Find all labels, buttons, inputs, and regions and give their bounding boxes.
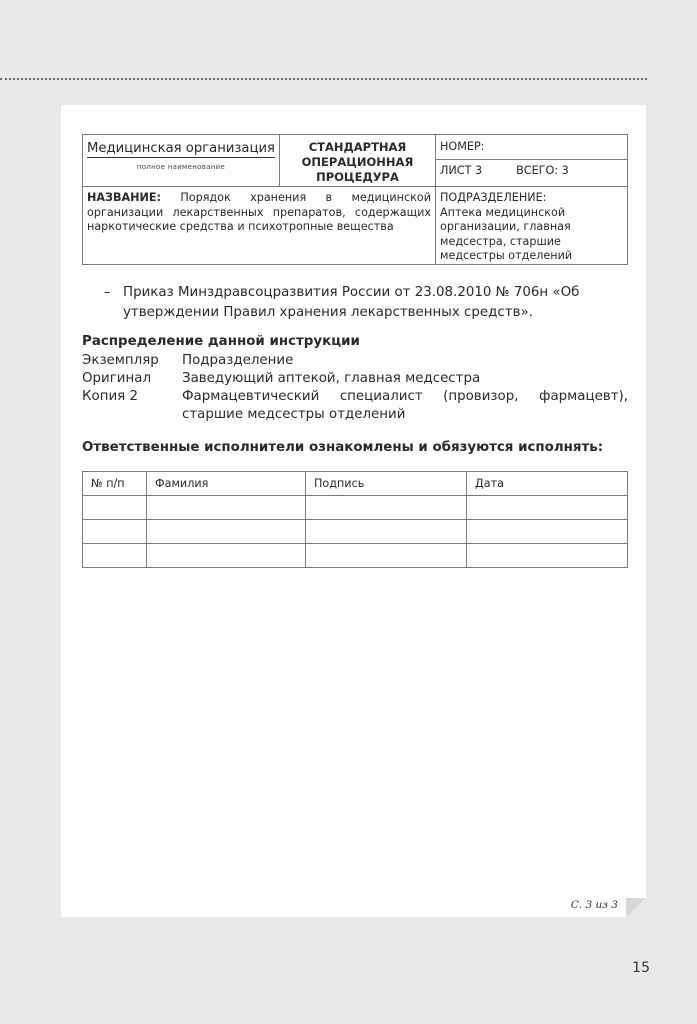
col-surname: Фамилия	[147, 472, 306, 496]
cell-date[interactable]	[467, 544, 628, 568]
responsible-title: Ответственные исполнители ознакомлены и …	[82, 440, 603, 455]
cell-number[interactable]	[83, 544, 147, 568]
org-subtitle: полное наименование	[83, 161, 279, 174]
cell-date[interactable]	[467, 496, 628, 520]
cell-number[interactable]	[83, 496, 147, 520]
table-header-row: № п/п Фамилия Подпись Дата	[83, 472, 628, 496]
cell-date[interactable]	[467, 520, 628, 544]
org-name: Медицинская организация	[87, 141, 275, 158]
distribution-list: Экземпляр Подразделение Оригинал Заведую…	[82, 352, 628, 424]
total-label: ВСЕГО: 3	[516, 164, 569, 177]
distribution-row: Экземпляр Подразделение	[82, 352, 628, 370]
table-row	[83, 496, 628, 520]
page-number: 15	[620, 960, 650, 976]
procedure-title-cell: НАЗВАНИЕ: Порядок хранения в медицинской…	[83, 187, 436, 265]
number-label: НОМЕР:	[440, 140, 484, 153]
cell-surname[interactable]	[147, 544, 306, 568]
cell-signature[interactable]	[306, 544, 467, 568]
reference-text: Приказ Минздравсоцразвития России от 23.…	[104, 283, 628, 323]
dept-label: ПОДРАЗДЕЛЕНИЕ:	[440, 191, 623, 206]
sheet-cell: ЛИСТ 3ВСЕГО: 3	[436, 160, 628, 187]
distribution-title: Распределение данной инструкции	[82, 334, 360, 349]
department-cell: ПОДРАЗДЕЛЕНИЕ: Аптека медицинской органи…	[436, 187, 628, 265]
folded-corner-icon	[626, 898, 646, 917]
cell-number[interactable]	[83, 520, 147, 544]
org-cell: Медицинская организация полное наименова…	[83, 135, 280, 187]
distribution-row: Оригинал Заведующий аптекой, главная мед…	[82, 370, 628, 388]
cell-surname[interactable]	[147, 496, 306, 520]
sheet-label: ЛИСТ 3	[440, 164, 482, 177]
copy-dept: Фармацевтический специалист (провизор, ф…	[182, 388, 628, 424]
distribution-row: Копия 2 Фармацевтический специалист (про…	[82, 388, 628, 424]
col-signature: Подпись	[306, 472, 467, 496]
cell-signature[interactable]	[306, 496, 467, 520]
page-reference: С. 3 из 3	[560, 899, 618, 911]
sop-line: СТАНДАРТНАЯ	[280, 140, 435, 155]
dept-text: Аптека медицинской организации, главная …	[440, 206, 623, 264]
sop-title-cell: СТАНДАРТНАЯ ОПЕРАЦИОННАЯ ПРОЦЕДУРА	[280, 135, 436, 187]
sop-header-table: Медицинская организация полное наименова…	[82, 134, 628, 265]
signature-table: № п/п Фамилия Подпись Дата	[82, 471, 628, 568]
title-label: НАЗВАНИЕ:	[87, 191, 161, 204]
reference-bullet: – Приказ Минздравсоцразвития России от 2…	[104, 283, 628, 323]
number-cell: НОМЕР:	[436, 135, 628, 160]
col-date: Дата	[467, 472, 628, 496]
dotted-separator	[0, 78, 647, 80]
cell-surname[interactable]	[147, 520, 306, 544]
dash-bullet-icon: –	[104, 283, 111, 303]
copy-dept: Подразделение	[182, 352, 628, 370]
copy-label: Экземпляр	[82, 352, 182, 370]
copy-dept: Заведующий аптекой, главная медсестра	[182, 370, 628, 388]
sop-line: ОПЕРАЦИОННАЯ	[280, 155, 435, 170]
sop-line: ПРОЦЕДУРА	[280, 170, 435, 185]
copy-label: Оригинал	[82, 370, 182, 388]
table-row	[83, 520, 628, 544]
col-number: № п/п	[83, 472, 147, 496]
copy-label: Копия 2	[82, 388, 182, 424]
table-row	[83, 544, 628, 568]
cell-signature[interactable]	[306, 520, 467, 544]
